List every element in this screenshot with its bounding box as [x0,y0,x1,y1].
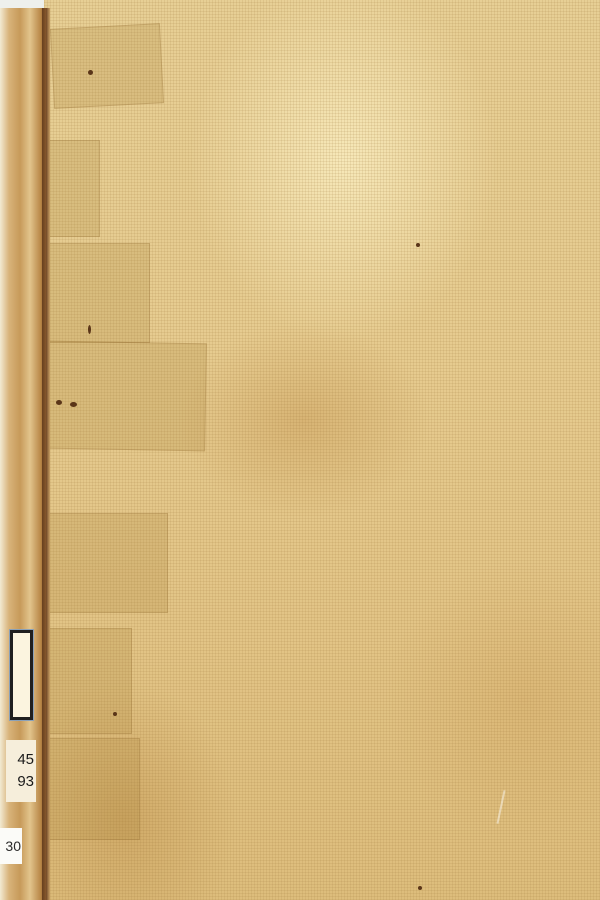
tape-patch [48,140,100,237]
tape-patch [48,738,140,840]
stain [88,325,91,334]
call-number-label: 45 93 [6,740,36,802]
spine-label-frame [10,630,33,720]
stain [88,70,93,75]
stain [418,886,422,890]
tape-patch [48,513,168,613]
call-number-line2: 93 [17,771,34,793]
stain [56,400,62,405]
barcode-label: 30 [0,828,22,864]
tape-patch [50,23,164,109]
book-front-cover [44,0,600,900]
stain [70,402,77,407]
call-number-line1: 45 [17,749,34,771]
tape-patch [48,243,150,343]
book-photo: 45 93 30 [0,0,600,900]
scratch [496,790,505,824]
spine-hinge [42,8,46,900]
tape-patch [48,628,132,734]
tape-patch [47,341,207,452]
stain [113,712,117,716]
stain [416,243,420,247]
